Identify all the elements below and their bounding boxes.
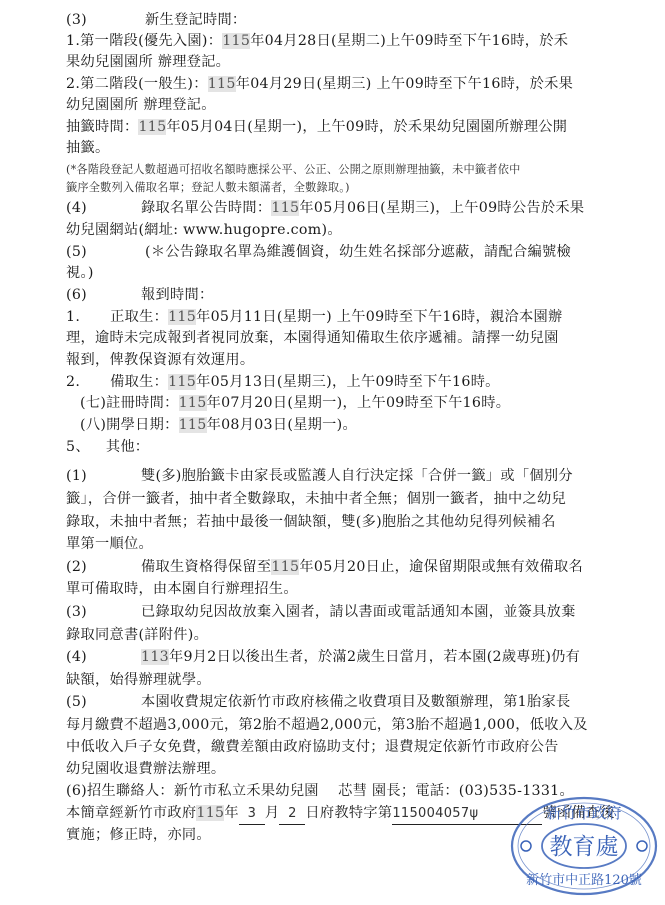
- handwritten-month: 3: [239, 804, 265, 825]
- svg-text:教育處: 教育處: [550, 834, 619, 860]
- seal-icon: 新竹市政府 教育處 新竹市中正路120號: [508, 790, 660, 898]
- stage1-line: 1.第一階段(優先入園)：115年04月28日(星期二)上午09時至下午16時，…: [66, 31, 568, 51]
- year-highlight: 115: [168, 374, 196, 390]
- year-highlight: 115: [168, 309, 196, 325]
- item-number: (5): [66, 694, 87, 710]
- note-line: 籤序全數列入備取名單；登記人數未額滿者，全數錄取。): [66, 178, 350, 198]
- item-number: (2): [66, 559, 87, 575]
- item-number: (4): [66, 649, 87, 665]
- item-number: 1.: [66, 309, 80, 325]
- text-line: 錄取，未抽中者無；若抽中最後一個缺額，雙(多)胞胎之其他幼兒得列候補名: [66, 512, 556, 532]
- item-number: (5): [66, 244, 87, 260]
- stage2-line: 2.第二階段(一般生)：115年04月29日(星期三) 上午09時至下午16時，…: [66, 74, 573, 94]
- svg-text:新竹市政府: 新竹市政府: [546, 804, 621, 822]
- year-highlight: 113: [141, 649, 169, 665]
- year-highlight: 115: [208, 76, 236, 92]
- text: (八)開學日期：: [80, 417, 179, 433]
- text-line: 理，逾時未完成報到者視同放棄，本園得通知備取生依序遞補。請擇一幼兒園: [66, 328, 559, 348]
- heading-text: 其他：: [106, 439, 149, 455]
- text-line: 單第一順位。: [66, 534, 153, 554]
- contact-line: (6)招生聯絡人：新竹市私立禾果幼兒園 芯彗 園長；電話：(03)535-133…: [66, 781, 574, 801]
- text: (七)註冊時間：: [80, 395, 179, 411]
- registration-line: (七)註冊時間：115年07月20日(星期一)，上午09時至下午16時。: [80, 393, 510, 413]
- section-4-line: (4)錄取名單公告時間：115年05月06日(星期三)，上午09時公告於禾果: [66, 198, 584, 218]
- text-line: 實施；修正時，亦同。: [66, 825, 211, 845]
- text: (＊公告錄取名單為維護個資，幼生姓名採部分遮蔽，請配合編號檢: [145, 244, 571, 260]
- text: 雙(多)胞胎籤卡由家長或監護人自行決定採「合併一籤」或「個別分: [141, 468, 573, 484]
- other-4-line: (4)113年9月2日以後出生者，於滿2歲生日當月，若本園(2歲專班)仍有: [66, 647, 580, 667]
- year-highlight: 115: [222, 33, 250, 49]
- other-5-line: (5)本園收費規定依新竹市政府核備之收費項目及數額辦理，第1胎家長: [66, 692, 570, 712]
- section-6-heading: (6)報到時間：: [66, 285, 213, 305]
- school-start-line: (八)開學日期：115年08月03日(星期一)。: [80, 415, 357, 435]
- regular-admit-line: 1.正取生：115年05月11日(星期一) 上午09時至下午16時，親洽本園辦: [66, 307, 562, 327]
- heading-text: 報到時間：: [141, 287, 213, 303]
- text: 錄取名單公告時間：: [141, 200, 271, 216]
- text-line: 幼兒園園所 辦理登記。: [66, 95, 216, 115]
- year-highlight: 115: [271, 200, 299, 216]
- text: 年05月20日止，逾保留期限或無有效備取名: [299, 559, 583, 575]
- item-number: (1): [66, 468, 87, 484]
- svg-text:新竹市中正路120號: 新竹市中正路120號: [526, 872, 642, 888]
- text-line: 錄取同意書(詳附件)。: [66, 625, 208, 645]
- text: 年05月13日(星期三)，上午09時至下午16時。: [196, 374, 500, 390]
- other-1-line: (1)雙(多)胞胎籤卡由家長或監護人自行決定採「合併一籤」或「個別分: [66, 466, 573, 486]
- item-number: (3): [66, 12, 87, 28]
- year-highlight: 115: [196, 805, 224, 821]
- text: 本簡章經新竹市政府: [66, 805, 196, 821]
- item-number: (3): [66, 604, 87, 620]
- lottery-line: 抽籤時間：115年05月04日(星期一)，上午09時，於禾果幼兒園園所辦理公開: [66, 117, 567, 137]
- text: 年: [224, 805, 239, 821]
- text: 1.第一階段(優先入園)：: [66, 33, 222, 49]
- text: 年04月29日(星期三) 上午09時至下午16時，於禾果: [236, 76, 573, 92]
- waitlist-line: 2.備取生：115年05月13日(星期三)，上午09時至下午16時。: [66, 372, 500, 392]
- text: 年07月20日(星期一)，上午09時至下午16時。: [207, 395, 511, 411]
- text-line: 每月繳費不超過3,000元，第2胎不超過2,000元，第3胎不超過1,000，低…: [66, 715, 588, 735]
- item-number: (4): [66, 200, 87, 216]
- section-5-line: (5)(＊公告錄取名單為維護個資，幼生姓名採部分遮蔽，請配合編號檢: [66, 242, 571, 262]
- document-page: (3)新生登記時間： 1.第一階段(優先入園)：115年04月28日(星期二)上…: [0, 0, 665, 905]
- official-seal-stamp: 新竹市政府 教育處 新竹市中正路120號: [508, 790, 660, 898]
- text: 年05月06日(星期三)，上午09時公告於禾果: [299, 200, 584, 216]
- text-line: 幼兒園收退費辦法辦理。: [66, 759, 225, 779]
- text: 已錄取幼兒因故放棄入園者，請以書面或電話通知本園，並簽具放棄: [141, 604, 576, 620]
- text: 本園收費規定依新竹市政府核備之收費項目及數額辦理，第1胎家長: [141, 694, 570, 710]
- year-highlight: 115: [138, 119, 166, 135]
- text: 年05月11日(星期一) 上午09時至下午16時，親洽本園辦: [196, 309, 562, 325]
- text: 年08月03日(星期一)。: [207, 417, 357, 433]
- text: 日府教特字第: [305, 805, 392, 821]
- text: 備取生：: [110, 374, 168, 390]
- text-line: 缺額，始得辦理就學。: [66, 670, 211, 690]
- website-line: 幼兒園網站(網址: www.hugopre.com)。: [66, 220, 342, 240]
- note-line: (*各階段登記人數超過可招收名額時應採公平、公正、公開之原則辦理抽籤，未中籤者依…: [66, 160, 520, 180]
- text: 年05月04日(星期一)，上午09時，於禾果幼兒園園所辦理公開: [166, 119, 567, 135]
- year-highlight: 115: [179, 417, 207, 433]
- section-3-heading: (3)新生登記時間：: [66, 10, 246, 30]
- item-number: 2.: [66, 374, 80, 390]
- year-highlight: 115: [179, 395, 207, 411]
- text: 抽籤時間：: [66, 119, 138, 135]
- year-highlight: 115: [271, 559, 299, 575]
- text-line: 單可備取時，由本園自行辦理招生。: [66, 579, 298, 599]
- text: 年9月2日以後出生者，於滿2歲生日當月，若本園(2歲專班)仍有: [169, 649, 580, 665]
- item-number: 5、: [66, 439, 90, 455]
- text: 年04月28日(星期二)上午09時至下午16時，於禾: [250, 33, 568, 49]
- handwritten-day: 2: [279, 804, 305, 825]
- text-line: 視。): [66, 263, 94, 283]
- text-line: 果幼兒園園所 辦理登記。: [66, 52, 230, 72]
- item-number: (6): [66, 287, 87, 303]
- other-2-line: (2)備取生資格得保留至115年05月20日止，逾保留期限或無有效備取名: [66, 557, 583, 577]
- heading-text: 新生登記時間：: [145, 12, 246, 28]
- text-line: 中低收入戶子女免費，繳費差額由政府協助支付；退費規定依新竹市政府公告: [66, 737, 559, 757]
- text-line: 報到，俾教保資源有效運用。: [66, 350, 254, 370]
- text-line: 籤」，合併一籤者，抽中者全數錄取，未抽中者全無；個別一籤者，抽中之幼兒: [66, 489, 566, 509]
- text: 備取生資格得保留至: [141, 559, 271, 575]
- other-3-line: (3)已錄取幼兒因故放棄入園者，請以書面或電話通知本園，並簽具放棄: [66, 602, 576, 622]
- text-line: 抽籤。: [66, 138, 109, 158]
- text: 2.第二階段(一般生)：: [66, 76, 208, 92]
- section-other-heading: 5、其他：: [66, 437, 149, 457]
- text: 月: [265, 805, 280, 821]
- text: 正取生：: [110, 309, 168, 325]
